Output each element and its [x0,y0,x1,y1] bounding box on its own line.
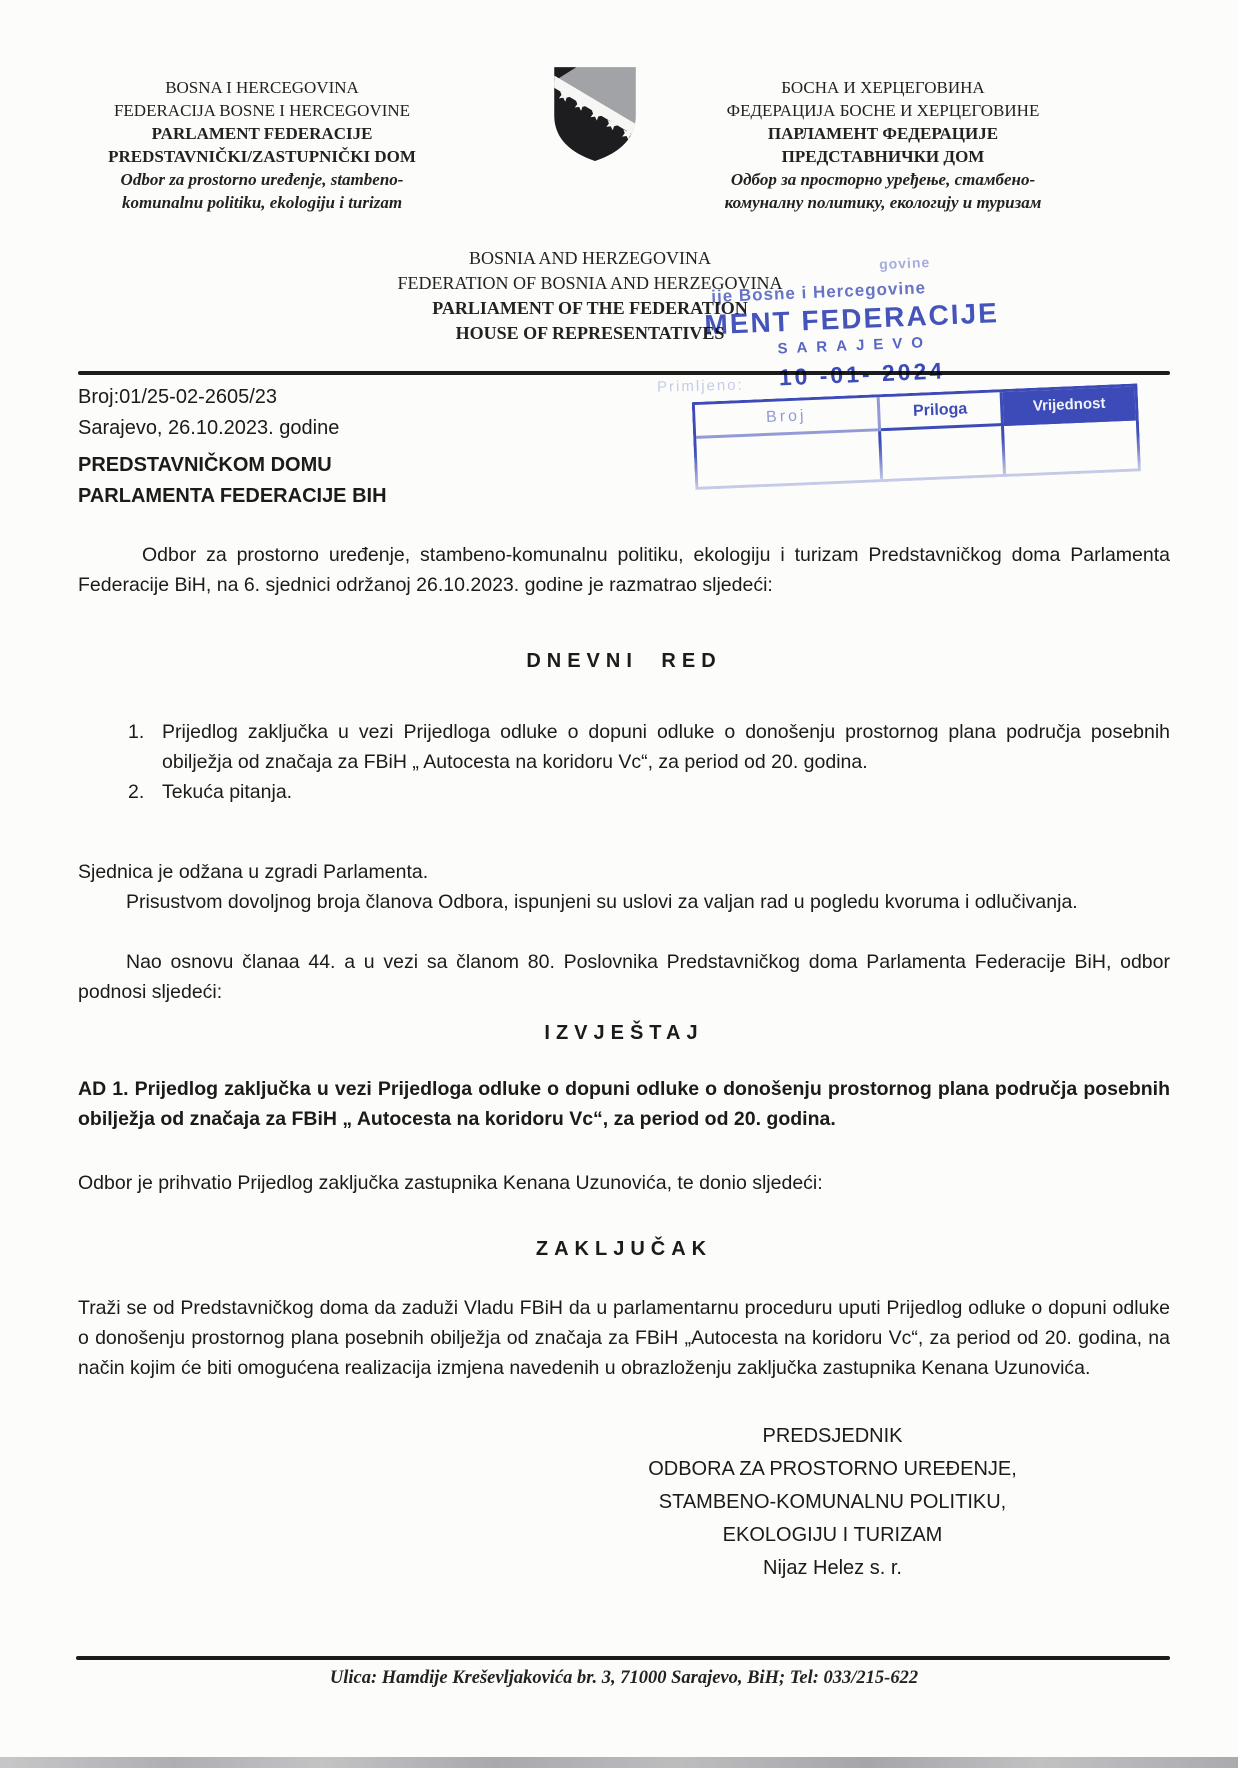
state-name: BOSNA I HERCEGOVINA [62,76,462,99]
header-right-cyrillic: БОСНА И ХЕРЦЕГОВИНА ФЕДЕРАЦИЈА БОСНЕ И Х… [648,76,1118,214]
addressee-block: PREDSTAVNIČKOM DOMU PARLAMENTA FEDERACIJ… [78,450,387,512]
signature-title: PREDSJEDNIK [560,1420,1105,1453]
federation-name: FEDERACIJA BOSNE I HERCEGOVINE [62,99,462,122]
signature-committee-line3: EKOLOGIJU I TURIZAM [560,1519,1105,1552]
report-ad1-paragraph: AD 1. Prijedlog zaključka u vezi Prijedl… [78,1074,1170,1134]
addressee-line1: PREDSTAVNIČKOM DOMU [78,450,387,481]
stamp-date: 10 -01- 2024 [778,357,945,391]
intro-paragraph: Odbor za prostorno uređenje, stambeno-ko… [78,540,1170,600]
agenda-title: DNEVNI RED [78,650,1170,673]
document-meta: Broj:01/25-02-2605/23 Sarajevo, 26.10.20… [78,382,339,444]
agenda-item-number: 1. [128,717,162,777]
stamp-fragment: govine [879,254,931,272]
agenda-item-text: Tekuća pitanja. [162,777,292,807]
house-name: PREDSTAVNIČKI/ZASTUPNIČKI DOM [62,145,462,168]
scan-edge-strip [0,1757,1238,1768]
receipt-stamp: govine ije Bosne i Hercegovine MENT FEDE… [624,251,1144,462]
stamp-cell-empty [1004,421,1138,474]
signature-name: Nijaz Helez s. r. [560,1552,1105,1585]
quorum-paragraph: Prisustvom dovoljnog broja članova Odbor… [78,887,1170,917]
stamp-cell-empty [696,431,883,487]
document-number: Broj:01/25-02-2605/23 [78,382,339,413]
stamp-received-label: Primljeno: [657,377,744,396]
footer-address: Ulica: Hamdije Kreševljakovića br. 3, 71… [78,1668,1170,1689]
parliament-name: PARLAMENT FEDERACIJE [62,122,462,145]
agenda-list: 1. Prijedlog zaključka u vezi Prijedloga… [128,717,1170,807]
conclusion-title: ZAKLJUČAK [78,1238,1170,1261]
committee-name-line2: komunalnu politiku, ekologiju i turizam [62,191,462,214]
committee-name-line1: Odbor za prostorno uređenje, stambeno- [62,168,462,191]
parliament-name-cyr: ПАРЛАМЕНТ ФЕДЕРАЦИЈЕ [648,122,1118,145]
conclusion-paragraph: Traži se od Predstavničkog doma da zaduž… [78,1293,1170,1383]
agenda-item-number: 2. [128,777,162,807]
committee-name-cyr-line1: Одбор за просторно уређење, стамбено- [648,168,1118,191]
stamp-city: SARAJEVO [777,334,932,357]
agenda-item: 1. Prijedlog zaključka u vezi Prijedloga… [128,717,1170,777]
state-name-cyr: БОСНА И ХЕРЦЕГОВИНА [648,76,1118,99]
header-left-bosnian: BOSNA I HERCEGOVINA FEDERACIJA BOSNE I H… [62,76,462,214]
agenda-item: 2. Tekuća pitanja. [128,777,1170,807]
legal-basis-paragraph: Nao osnovu članaa 44. a u vezi sa članom… [78,947,1170,1007]
stamp-table: Broj Priloga Vrijednost [692,383,1141,490]
addressee-line2: PARLAMENTA FEDERACIJE BIH [78,481,387,512]
session-location-paragraph: Sjednica je odžana u zgradi Parlamenta. [78,857,1170,887]
coat-of-arms-icon [549,62,641,164]
report-title: IZVJEŠTAJ [78,1022,1170,1045]
document-page: BOSNA I HERCEGOVINA FEDERACIJA BOSNE I H… [0,0,1238,1768]
footer-divider-rule [76,1656,1170,1660]
signature-committee-line2: STAMBENO-KOMUNALNU POLITIKU, [560,1486,1105,1519]
stamp-col-priloga: Priloga [879,392,1004,431]
stamp-col-vrijednost: Vrijednost [1003,387,1136,426]
document-place-date: Sarajevo, 26.10.2023. godine [78,413,339,444]
federation-name-cyr: ФЕДЕРАЦИЈА БОСНЕ И ХЕРЦЕГОВИНЕ [648,99,1118,122]
signature-block: PREDSJEDNIK ODBORA ZA PROSTORNO UREĐENJE… [560,1420,1105,1585]
committee-name-cyr-line2: комуналну политику, екологију и туризам [648,191,1118,214]
report-accepted-paragraph: Odbor je prihvatio Prijedlog zaključka z… [78,1168,1170,1198]
house-name-cyr: ПРЕДСТАВНИЧКИ ДОМ [648,145,1118,168]
signature-committee-line1: ODBORA ZA PROSTORNO UREĐENJE, [560,1453,1105,1486]
agenda-item-text: Prijedlog zaključka u vezi Prijedloga od… [162,717,1170,777]
stamp-cell-empty [881,426,1006,479]
